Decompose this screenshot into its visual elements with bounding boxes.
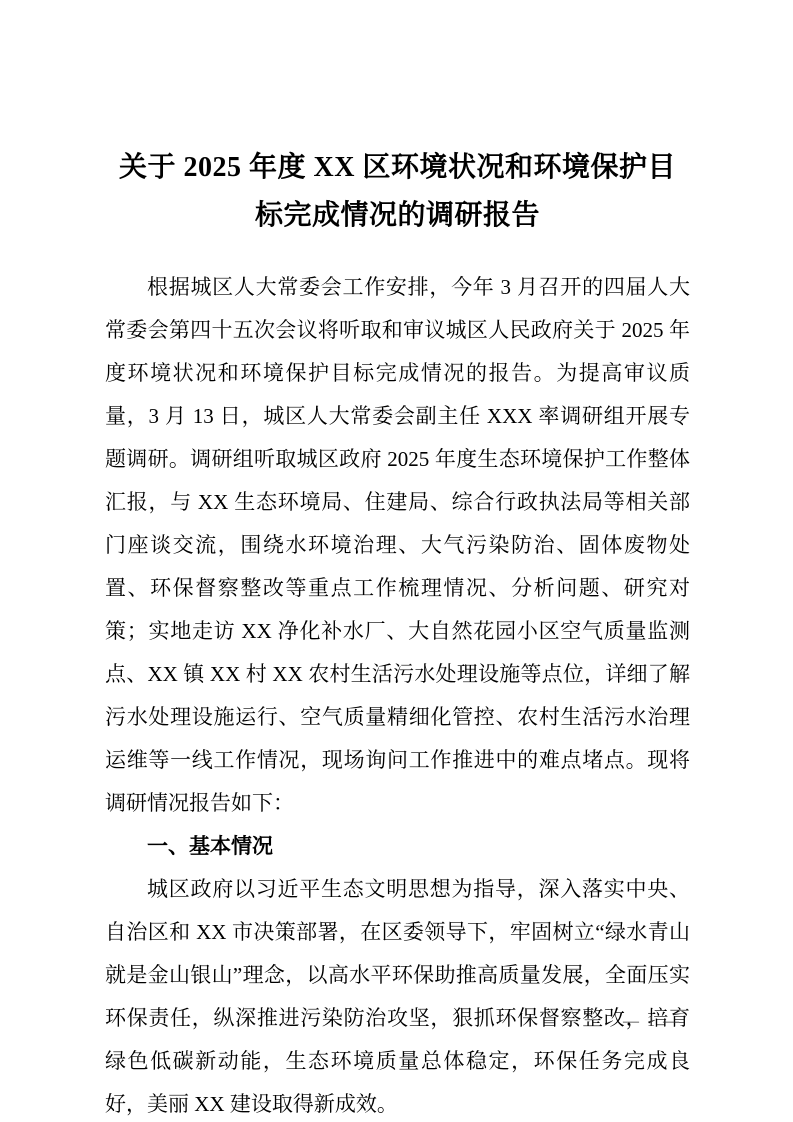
section-paragraph: 城区政府以习近平生态文明思想为指导，深入落实中央、自治区和 XX 市决策部署，在… [105,868,690,1122]
section-heading-basic-situation: 一、基本情况 [105,825,690,868]
intro-paragraph: 根据城区人大常委会工作安排，今年 3 月召开的四届人大常委会第四十五次会议将听取… [105,266,690,825]
page-number: — 1 — [623,1012,681,1032]
document-content: 关于 2025 年度 XX 区环境状况和环境保护目标完成情况的调研报告 根据城区… [0,0,793,1122]
document-title: 关于 2025 年度 XX 区环境状况和环境保护目标完成情况的调研报告 [105,144,690,240]
document-page: 关于 2025 年度 XX 区环境状况和环境保护目标完成情况的调研报告 根据城区… [0,0,793,1122]
